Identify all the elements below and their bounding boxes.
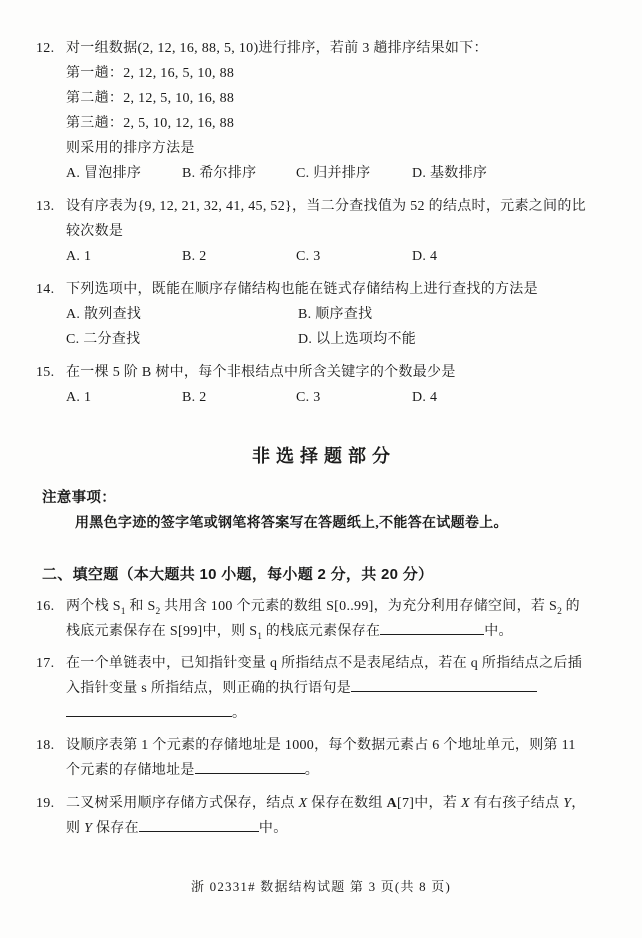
text-segment: [7]中，若 [397, 796, 461, 811]
question-stem-cont: 则 Y 保存在中。 [66, 816, 612, 841]
question-number: 19. [36, 791, 66, 841]
exam-page: 12. 对一组数据(2, 12, 16, 88, 5, 10)进行排序，若前 3… [0, 0, 642, 938]
sort-pass-1: 第一趟：2, 12, 16, 5, 10, 88 [66, 61, 612, 86]
option-d: D. 4 [412, 385, 612, 410]
question-number: 15. [36, 360, 66, 410]
question-stem: 下列选项中，既能在顺序存储结构也能在链式存储结构上进行查找的方法是 [66, 277, 612, 302]
option-b: B. 希尔排序 [182, 161, 296, 186]
notice-body: 用黑色字迹的签字笔或钢笔将答案写在答题纸上,不能答在试题卷上。 [75, 511, 612, 536]
notice-block: 注意事项： 用黑色字迹的签字笔或钢笔将答案写在答题纸上,不能答在试题卷上。 [42, 486, 612, 536]
question-16: 16. 两个栈 S1 和 S2 共用含 100 个元素的数组 S[0..99]，… [36, 594, 612, 644]
question-tail: 则采用的排序方法是 [66, 136, 612, 161]
text-segment: 共用含 100 个元素的数组 S[0..99]，为充分利用存储空间，若 S [160, 599, 557, 614]
array-name: A [387, 796, 397, 811]
question-17: 17. 在一个单链表中，已知指针变量 q 所指结点不是表尾结点，若在 q 所指结… [36, 651, 612, 726]
option-c: C. 归并排序 [296, 161, 412, 186]
option-b: B. 2 [182, 244, 296, 269]
question-stem-cont: 。 [66, 701, 612, 726]
question-number: 17. [36, 651, 66, 726]
option-d: D. 基数排序 [412, 161, 612, 186]
question-number: 14. [36, 277, 66, 352]
question-12: 12. 对一组数据(2, 12, 16, 88, 5, 10)进行排序，若前 3… [36, 36, 612, 186]
option-c: C. 3 [296, 244, 412, 269]
question-stem: 在一棵 5 阶 B 树中，每个非根结点中所含关键字的个数最少是 [66, 360, 612, 385]
option-a: A. 1 [66, 244, 182, 269]
option-b: B. 2 [182, 385, 296, 410]
options-row: A. 1 B. 2 C. 3 D. 4 [66, 244, 612, 269]
question-number: 16. [36, 594, 66, 644]
var-y: Y [84, 821, 92, 836]
section-title: 非选择题部分 [36, 444, 612, 468]
text-segment: 中。 [259, 821, 288, 836]
text-segment: 保存在 [92, 821, 139, 836]
question-stem: 在一个单链表中，已知指针变量 q 所指结点不是表尾结点，若在 q 所指结点之后插 [66, 651, 612, 676]
option-c: C. 3 [296, 385, 412, 410]
text-segment: 入指针变量 s 所指结点，则正确的执行语句是 [66, 681, 351, 696]
sort-pass-3: 第三趟：2, 5, 10, 12, 16, 88 [66, 111, 612, 136]
question-19: 19. 二叉树采用顺序存储方式保存，结点 X 保存在数组 A[7]中，若 X 有… [36, 791, 612, 841]
notice-title: 注意事项： [42, 486, 612, 511]
text-segment: 栈底元素保存在 S[99]中，则 S [66, 624, 257, 639]
question-body: 两个栈 S1 和 S2 共用含 100 个元素的数组 S[0..99]，为充分利… [66, 594, 612, 644]
question-number: 12. [36, 36, 66, 186]
var-x: X [461, 796, 470, 811]
question-body: 在一个单链表中，已知指针变量 q 所指结点不是表尾结点，若在 q 所指结点之后插… [66, 651, 612, 726]
text-segment: 中。 [484, 624, 513, 639]
option-b: B. 顺序查找 [298, 302, 612, 327]
question-stem-cont: 入指针变量 s 所指结点，则正确的执行语句是 [66, 676, 612, 701]
option-a: A. 1 [66, 385, 182, 410]
answer-blank [380, 630, 484, 635]
answer-blank [351, 687, 537, 692]
answer-blank [139, 827, 259, 832]
answer-blank [195, 769, 305, 774]
text-segment: 二叉树采用顺序存储方式保存，结点 [66, 796, 299, 811]
question-stem-cont: 较次数是 [66, 219, 612, 244]
text-segment: 和 S [126, 599, 156, 614]
options-row: C. 二分查找 D. 以上选项均不能 [66, 327, 612, 352]
text-segment: 个元素的存储地址是 [66, 763, 195, 778]
question-stem: 设顺序表第 1 个元素的存储地址是 1000，每个数据元素占 6 个地址单元，则… [66, 733, 612, 758]
text-segment: 。 [232, 706, 246, 721]
text-segment: 。 [305, 763, 319, 778]
text-segment: 两个栈 S [66, 599, 121, 614]
question-stem-cont: 栈底元素保存在 S[99]中，则 S1 的栈底元素保存在中。 [66, 619, 612, 644]
question-stem: 二叉树采用顺序存储方式保存，结点 X 保存在数组 A[7]中，若 X 有右孩子结… [66, 791, 612, 816]
option-d: D. 以上选项均不能 [298, 327, 612, 352]
text-segment: 则 [66, 821, 84, 836]
text-segment: 的栈底元素保存在 [262, 624, 380, 639]
question-15: 15. 在一棵 5 阶 B 树中，每个非根结点中所含关键字的个数最少是 A. 1… [36, 360, 612, 410]
options-row: A. 1 B. 2 C. 3 D. 4 [66, 385, 612, 410]
question-body: 对一组数据(2, 12, 16, 88, 5, 10)进行排序，若前 3 趟排序… [66, 36, 612, 186]
option-d: D. 4 [412, 244, 612, 269]
text-segment: 保存在数组 [307, 796, 386, 811]
page-footer: 浙 02331# 数据结构试题 第 3 页(共 8 页) [0, 876, 642, 895]
option-a: A. 冒泡排序 [66, 161, 182, 186]
question-18: 18. 设顺序表第 1 个元素的存储地址是 1000，每个数据元素占 6 个地址… [36, 733, 612, 783]
question-body: 设顺序表第 1 个元素的存储地址是 1000，每个数据元素占 6 个地址单元，则… [66, 733, 612, 783]
sort-pass-2: 第二趟：2, 12, 5, 10, 16, 88 [66, 86, 612, 111]
question-stem-cont: 个元素的存储地址是。 [66, 758, 612, 783]
question-stem: 设有序表为{9, 12, 21, 32, 41, 45, 52}，当二分查找值为… [66, 194, 612, 219]
question-14: 14. 下列选项中，既能在顺序存储结构也能在链式存储结构上进行查找的方法是 A.… [36, 277, 612, 352]
question-13: 13. 设有序表为{9, 12, 21, 32, 41, 45, 52}，当二分… [36, 194, 612, 269]
question-body: 下列选项中，既能在顺序存储结构也能在链式存储结构上进行查找的方法是 A. 散列查… [66, 277, 612, 352]
question-body: 二叉树采用顺序存储方式保存，结点 X 保存在数组 A[7]中，若 X 有右孩子结… [66, 791, 612, 841]
text-segment: 有右孩子结点 [470, 796, 563, 811]
option-a: A. 散列查找 [66, 302, 298, 327]
question-number: 13. [36, 194, 66, 269]
fill-in-section-heading: 二、填空题（本大题共 10 小题，每小题 2 分，共 20 分） [42, 562, 612, 587]
options-row: A. 冒泡排序 B. 希尔排序 C. 归并排序 D. 基数排序 [66, 161, 612, 186]
text-segment: ， [571, 796, 585, 811]
question-stem: 两个栈 S1 和 S2 共用含 100 个元素的数组 S[0..99]，为充分利… [66, 594, 612, 619]
option-c: C. 二分查找 [66, 327, 298, 352]
question-stem: 对一组数据(2, 12, 16, 88, 5, 10)进行排序，若前 3 趟排序… [66, 36, 612, 61]
text-segment: 的 [562, 599, 580, 614]
question-body: 在一棵 5 阶 B 树中，每个非根结点中所含关键字的个数最少是 A. 1 B. … [66, 360, 612, 410]
options-row: A. 散列查找 B. 顺序查找 [66, 302, 612, 327]
question-number: 18. [36, 733, 66, 783]
question-body: 设有序表为{9, 12, 21, 32, 41, 45, 52}，当二分查找值为… [66, 194, 612, 269]
answer-blank [66, 712, 232, 717]
